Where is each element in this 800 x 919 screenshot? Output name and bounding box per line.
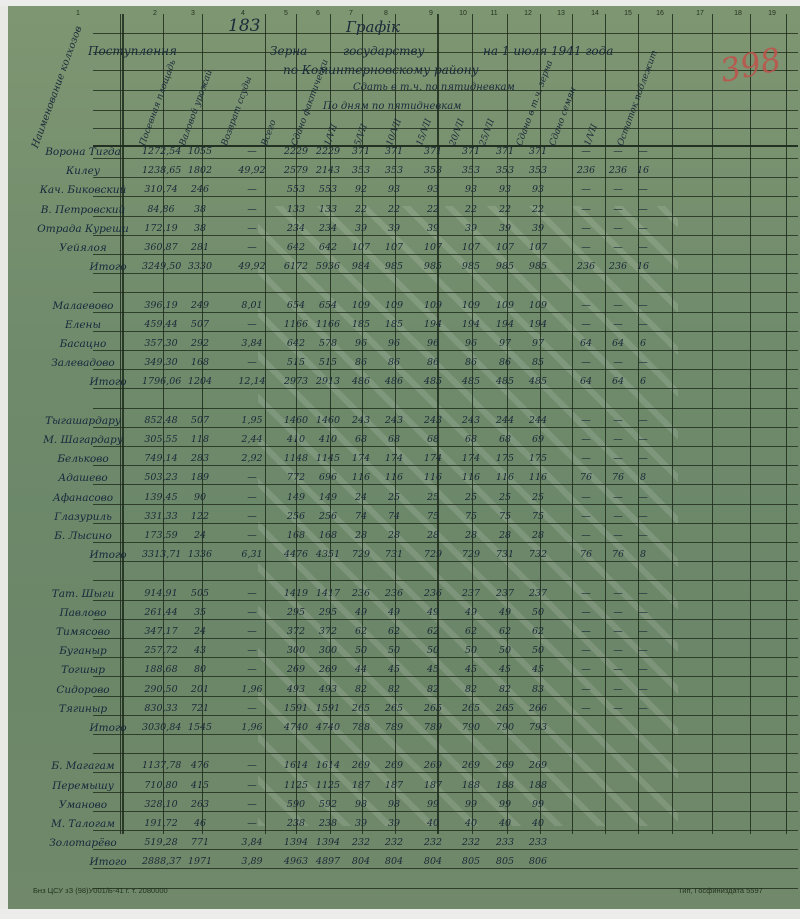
grid-horizontal-line xyxy=(93,772,798,773)
cell-c8: 187 xyxy=(378,780,410,791)
grid-horizontal-line xyxy=(93,600,798,601)
grid-horizontal-line xyxy=(93,331,798,332)
cell-c10: 109 xyxy=(454,300,488,311)
kolkhoz-name: Бельково xyxy=(23,453,143,465)
cell-c10: 805 xyxy=(454,856,488,867)
cell-c13: — xyxy=(570,626,602,637)
cell-c11: 97 xyxy=(488,338,522,349)
cell-c13: — xyxy=(570,588,602,599)
grid-horizontal-line xyxy=(93,734,798,735)
cell-c11: 25 xyxy=(488,492,522,503)
cell-c7: 116 xyxy=(345,472,377,483)
cell-c6: 515 xyxy=(312,357,344,368)
cell-c3: 46 xyxy=(182,818,218,829)
cell-c9: 187 xyxy=(414,780,452,791)
column-number: 5 xyxy=(279,10,293,17)
cell-c5: 295 xyxy=(280,607,312,618)
cell-c5: 2229 xyxy=(280,146,312,157)
kolkhoz-name: Тогшыр xyxy=(23,664,143,676)
cell-c12: 793 xyxy=(522,722,554,733)
cell-c6: 2143 xyxy=(312,165,344,176)
cell-c2: 349,30 xyxy=(142,357,180,368)
cell-c4: 3,84 xyxy=(232,837,272,848)
cell-c6: 1394 xyxy=(312,837,344,848)
cell-c15: — xyxy=(628,511,658,522)
cell-c10: 39 xyxy=(454,223,488,234)
cell-c10: 790 xyxy=(454,722,488,733)
header-col5: Всего xyxy=(260,119,279,148)
cell-c9: 789 xyxy=(414,722,452,733)
cell-c10: 45 xyxy=(454,664,488,675)
cell-c4: — xyxy=(232,780,272,791)
column-number: 16 xyxy=(653,10,667,17)
cell-c10: 50 xyxy=(454,645,488,656)
cell-c8: 232 xyxy=(378,837,410,848)
cell-c10: 75 xyxy=(454,511,488,522)
cell-c2: 188,68 xyxy=(142,664,180,675)
cell-c10: 82 xyxy=(454,684,488,695)
cell-c10: 49 xyxy=(454,607,488,618)
cell-c12: 69 xyxy=(522,434,554,445)
cell-c5: 256 xyxy=(280,511,312,522)
cell-c15: — xyxy=(628,626,658,637)
grid-vertical-line xyxy=(712,14,713,834)
cell-c11: 82 xyxy=(488,684,522,695)
cell-c10: 40 xyxy=(454,818,488,829)
cell-c11: 86 xyxy=(488,357,522,368)
header-col9: 10/VII xyxy=(385,118,404,148)
cell-c2: 328,10 xyxy=(142,799,180,810)
cell-c2: 852,48 xyxy=(142,415,180,426)
cell-c12: 45 xyxy=(522,664,554,675)
cell-c3: 281 xyxy=(182,242,218,253)
cell-c7: 82 xyxy=(345,684,377,695)
cell-c13: — xyxy=(570,453,602,464)
cell-c6: 1460 xyxy=(312,415,344,426)
cell-c12: 116 xyxy=(522,472,554,483)
column-number: 18 xyxy=(731,10,745,17)
cell-c3: 90 xyxy=(182,492,218,503)
cell-c5: 2579 xyxy=(280,165,312,176)
cell-c13: — xyxy=(570,319,602,330)
cell-c12: 25 xyxy=(522,492,554,503)
cell-c12: 233 xyxy=(522,837,554,848)
kolkhoz-name: Сидорово xyxy=(23,684,143,696)
grid-horizontal-line xyxy=(93,465,798,466)
header-subgroup-days: По дням по пятидневкам xyxy=(323,101,461,112)
cell-c5: 642 xyxy=(280,242,312,253)
cell-c6: 1145 xyxy=(312,453,344,464)
cell-c9: 39 xyxy=(414,223,452,234)
cell-c3: 507 xyxy=(182,415,218,426)
cell-c13: 236 xyxy=(570,261,602,272)
cell-c10: 68 xyxy=(454,434,488,445)
grid-horizontal-line xyxy=(93,715,798,716)
cell-c10: 28 xyxy=(454,530,488,541)
grid-horizontal-line xyxy=(93,696,798,697)
cell-c8: 371 xyxy=(378,146,410,157)
cell-c9: 194 xyxy=(414,319,452,330)
handwritten-page-number: 183 xyxy=(228,16,260,36)
cell-c13: — xyxy=(570,184,602,195)
cell-c9: 40 xyxy=(414,818,452,829)
grid-horizontal-line xyxy=(93,128,798,129)
cell-c4: — xyxy=(232,588,272,599)
cell-c11: 265 xyxy=(488,703,522,714)
cell-c3: 415 xyxy=(182,780,218,791)
cell-c4: — xyxy=(232,146,272,157)
cell-c13: — xyxy=(570,492,602,503)
cell-c6: 654 xyxy=(312,300,344,311)
cell-c9: 86 xyxy=(414,357,452,368)
cell-c3: 721 xyxy=(182,703,218,714)
cell-c11: 244 xyxy=(488,415,522,426)
cell-c10: 22 xyxy=(454,204,488,215)
cell-c7: 804 xyxy=(345,856,377,867)
cell-c7: 86 xyxy=(345,357,377,368)
ledger-sheet: 1 2 3 4 5 6 7 8 9 10 11 12 13 14 15 16 1… xyxy=(8,6,800,909)
grid-horizontal-line xyxy=(93,638,798,639)
cell-c6: 372 xyxy=(312,626,344,637)
grid-horizontal-line xyxy=(93,292,798,293)
cell-c2: 290,50 xyxy=(142,684,180,695)
cell-c7: 486 xyxy=(345,376,377,387)
column-number-row: 1 2 3 4 5 6 7 8 9 10 11 12 13 14 15 16 1… xyxy=(8,10,800,24)
grid-horizontal-line xyxy=(93,388,798,389)
cell-c6: 133 xyxy=(312,204,344,215)
cell-c4: 49,92 xyxy=(232,261,272,272)
header-col12: 25/VII xyxy=(478,118,497,148)
cell-c13: — xyxy=(570,703,602,714)
cell-c8: 93 xyxy=(378,184,410,195)
cell-c3: 1802 xyxy=(182,165,218,176)
cell-c2: 347,17 xyxy=(142,626,180,637)
grid-horizontal-line xyxy=(93,542,798,543)
cell-c9: 116 xyxy=(414,472,452,483)
cell-c6: 696 xyxy=(312,472,344,483)
grid-horizontal-line xyxy=(93,868,798,869)
kolkhoz-name: Малаевово xyxy=(23,300,143,312)
grid-horizontal-line xyxy=(93,369,798,370)
cell-c7: 74 xyxy=(345,511,377,522)
cell-c4: 6,31 xyxy=(232,549,272,560)
cell-c9: 243 xyxy=(414,415,452,426)
cell-c8: 185 xyxy=(378,319,410,330)
cell-c2: 519,28 xyxy=(142,837,180,848)
kolkhoz-name: В. Петровский xyxy=(23,204,143,216)
kolkhoz-name: Б. Лысино xyxy=(23,530,143,542)
cell-c13: — xyxy=(570,607,602,618)
cell-c11: 22 xyxy=(488,204,522,215)
grid-horizontal-line xyxy=(93,312,798,313)
cell-c12: 371 xyxy=(522,146,554,157)
grid-horizontal-line xyxy=(93,849,798,850)
cell-c15: — xyxy=(628,453,658,464)
cell-c5: 234 xyxy=(280,223,312,234)
column-number: 8 xyxy=(379,10,393,17)
kolkhoz-name: Тат. Шыги xyxy=(23,588,143,600)
cell-c12: 97 xyxy=(522,338,554,349)
grid-horizontal-line xyxy=(93,580,798,581)
cell-c12: 806 xyxy=(522,856,554,867)
cell-c9: 265 xyxy=(414,703,452,714)
cell-c4: 3,84 xyxy=(232,338,272,349)
cell-c6: 1417 xyxy=(312,588,344,599)
cell-c12: 266 xyxy=(522,703,554,714)
cell-c4: — xyxy=(232,184,272,195)
cell-c2: 503,23 xyxy=(142,472,180,483)
cell-c2: 310,74 xyxy=(142,184,180,195)
cell-c4: — xyxy=(232,204,272,215)
cell-c10: 243 xyxy=(454,415,488,426)
grid-horizontal-line xyxy=(93,830,798,831)
cell-c3: 122 xyxy=(182,511,218,522)
cell-c11: 237 xyxy=(488,588,522,599)
cell-c12: 75 xyxy=(522,511,554,522)
cell-c11: 985 xyxy=(488,261,522,272)
cell-c8: 50 xyxy=(378,645,410,656)
title-postuplenie: Поступлення xyxy=(88,44,177,58)
cell-c6: 642 xyxy=(312,242,344,253)
cell-c2: 84,86 xyxy=(142,204,180,215)
cell-c11: 269 xyxy=(488,760,522,771)
cell-c7: 62 xyxy=(345,626,377,637)
cell-c5: 642 xyxy=(280,338,312,349)
cell-c5: 553 xyxy=(280,184,312,195)
cell-c12: 353 xyxy=(522,165,554,176)
cell-c6: 1614 xyxy=(312,760,344,771)
cell-c3: 38 xyxy=(182,223,218,234)
cell-c6: 4740 xyxy=(312,722,344,733)
cell-c3: 35 xyxy=(182,607,218,618)
cell-c8: 49 xyxy=(378,607,410,618)
cell-c8: 353 xyxy=(378,165,410,176)
cell-c4: — xyxy=(232,645,272,656)
cell-c11: 353 xyxy=(488,165,522,176)
grid-horizontal-line xyxy=(93,811,798,812)
cell-c4: — xyxy=(232,472,272,483)
cell-c6: 4897 xyxy=(312,856,344,867)
header-group-sdat: Сдать в т.ч. по пятидневкам xyxy=(353,82,515,93)
cell-c9: 107 xyxy=(414,242,452,253)
cell-c2: 172,19 xyxy=(142,223,180,234)
cell-c7: 243 xyxy=(345,415,377,426)
cell-c7: 28 xyxy=(345,530,377,541)
cell-c3: 189 xyxy=(182,472,218,483)
grid-vertical-line xyxy=(672,14,673,834)
cell-c5: 772 xyxy=(280,472,312,483)
cell-c8: 265 xyxy=(378,703,410,714)
cell-c9: 49 xyxy=(414,607,452,618)
column-number: 15 xyxy=(621,10,635,17)
cell-c8: 789 xyxy=(378,722,410,733)
cell-c15: — xyxy=(628,645,658,656)
cell-c8: 109 xyxy=(378,300,410,311)
cell-c8: 985 xyxy=(378,261,410,272)
grid-horizontal-line xyxy=(93,177,798,178)
cell-c9: 236 xyxy=(414,588,452,599)
cell-c8: 731 xyxy=(378,549,410,560)
cell-c12: 39 xyxy=(522,223,554,234)
cell-c6: 149 xyxy=(312,492,344,503)
column-number: 9 xyxy=(424,10,438,17)
cell-c11: 68 xyxy=(488,434,522,445)
cell-c5: 133 xyxy=(280,204,312,215)
column-number: 19 xyxy=(765,10,779,17)
cell-c13: — xyxy=(570,511,602,522)
cell-c9: 93 xyxy=(414,184,452,195)
cell-c13: — xyxy=(570,223,602,234)
cell-c2: 139,45 xyxy=(142,492,180,503)
header-col8: 5/VII xyxy=(353,123,370,147)
cell-c10: 353 xyxy=(454,165,488,176)
grid-horizontal-line xyxy=(93,52,798,53)
cell-c2: 459,44 xyxy=(142,319,180,330)
cell-c5: 515 xyxy=(280,357,312,368)
cell-c8: 174 xyxy=(378,453,410,464)
cell-c11: 790 xyxy=(488,722,522,733)
cell-c2: 305,55 xyxy=(142,434,180,445)
grid-horizontal-line xyxy=(93,216,798,217)
cell-c2: 830,33 xyxy=(142,703,180,714)
cell-c13: — xyxy=(570,415,602,426)
cell-c8: 68 xyxy=(378,434,410,445)
cell-c9: 985 xyxy=(414,261,452,272)
cell-c2: 3030,84 xyxy=(142,722,180,733)
grid-horizontal-line xyxy=(93,427,798,428)
cell-c7: 185 xyxy=(345,319,377,330)
cell-c6: 553 xyxy=(312,184,344,195)
cell-c11: 50 xyxy=(488,645,522,656)
kolkhoz-name: Адашево xyxy=(23,472,143,484)
cell-c10: 99 xyxy=(454,799,488,810)
cell-c2: 357,30 xyxy=(142,338,180,349)
cell-c2: 1238,65 xyxy=(142,165,180,176)
cell-c15: — xyxy=(628,300,658,311)
cell-c10: 237 xyxy=(454,588,488,599)
cell-c7: 107 xyxy=(345,242,377,253)
cell-c11: 175 xyxy=(488,453,522,464)
cell-c5: 4740 xyxy=(280,722,312,733)
grid-horizontal-line xyxy=(93,484,798,485)
column-number: 7 xyxy=(344,10,358,17)
column-number: 2 xyxy=(148,10,162,17)
cell-c5: 1394 xyxy=(280,837,312,848)
cell-c3: 80 xyxy=(182,664,218,675)
cell-c4: 1,96 xyxy=(232,684,272,695)
header-col15: 1/VII xyxy=(583,123,600,147)
column-number: 12 xyxy=(521,10,535,17)
kolkhoz-name: Уейялоя xyxy=(23,242,143,254)
cell-c13: — xyxy=(570,357,602,368)
cell-c6: 1125 xyxy=(312,780,344,791)
cell-c4: 2,44 xyxy=(232,434,272,445)
cell-c4: — xyxy=(232,319,272,330)
cell-c13: 236 xyxy=(570,165,602,176)
cell-c2: 173,59 xyxy=(142,530,180,541)
cell-c2: 1796,06 xyxy=(142,376,180,387)
cell-c15: 16 xyxy=(628,165,658,176)
cell-c12: 62 xyxy=(522,626,554,637)
cell-c11: 45 xyxy=(488,664,522,675)
cell-c3: 43 xyxy=(182,645,218,656)
cell-c3: 476 xyxy=(182,760,218,771)
cell-c11: 109 xyxy=(488,300,522,311)
cell-c7: 92 xyxy=(345,184,377,195)
cell-c5: 269 xyxy=(280,664,312,675)
cell-c7: 39 xyxy=(345,223,377,234)
cell-c6: 2229 xyxy=(312,146,344,157)
cell-c8: 45 xyxy=(378,664,410,675)
cell-c12: 99 xyxy=(522,799,554,810)
cell-c7: 98 xyxy=(345,799,377,810)
cell-c5: 6172 xyxy=(280,261,312,272)
cell-c15: — xyxy=(628,607,658,618)
cell-c6: 5936 xyxy=(312,261,344,272)
cell-c7: 49 xyxy=(345,607,377,618)
footer-print-info: Бнз ЦСУ зЗ (98)У001/Б-41 г. т. 2080000 xyxy=(33,886,168,895)
cell-c10: 116 xyxy=(454,472,488,483)
cell-c3: 1971 xyxy=(182,856,218,867)
cell-c10: 25 xyxy=(454,492,488,503)
cell-c2: 261,44 xyxy=(142,607,180,618)
footer-typography: Тип, Госфиниздата 5597 xyxy=(678,886,763,895)
cell-c9: 804 xyxy=(414,856,452,867)
title-word-grafik: Графік xyxy=(346,18,400,36)
cell-c6: 592 xyxy=(312,799,344,810)
cell-c11: 62 xyxy=(488,626,522,637)
grid-vertical-line xyxy=(750,14,751,834)
cell-c3: 507 xyxy=(182,319,218,330)
grid-horizontal-line xyxy=(93,196,798,197)
cell-c5: 1125 xyxy=(280,780,312,791)
cell-c15: — xyxy=(628,684,658,695)
cell-c15: 6 xyxy=(628,338,658,349)
cell-c11: 93 xyxy=(488,184,522,195)
grid-horizontal-line xyxy=(93,273,798,274)
grid-horizontal-line xyxy=(93,235,798,236)
cell-c9: 50 xyxy=(414,645,452,656)
cell-c10: 93 xyxy=(454,184,488,195)
cell-c15: — xyxy=(628,357,658,368)
kolkhoz-name: Б. Магагам xyxy=(23,760,143,772)
cell-c8: 25 xyxy=(378,492,410,503)
cell-c10: 188 xyxy=(454,780,488,791)
cell-c5: 1148 xyxy=(280,453,312,464)
cell-c11: 39 xyxy=(488,223,522,234)
cell-c2: 1272,54 xyxy=(142,146,180,157)
cell-c12: 188 xyxy=(522,780,554,791)
grid-horizontal-line xyxy=(93,504,798,505)
cell-c2: 331,33 xyxy=(142,511,180,522)
cell-c9: 22 xyxy=(414,204,452,215)
kolkhoz-name: Перемышу xyxy=(23,780,143,792)
cell-c9: 82 xyxy=(414,684,452,695)
cell-c11: 107 xyxy=(488,242,522,253)
column-number: 14 xyxy=(588,10,602,17)
cell-c2: 1137,78 xyxy=(142,760,180,771)
cell-c3: 3330 xyxy=(182,261,218,272)
cell-c13: 76 xyxy=(570,549,602,560)
kolkhoz-name: Отрада Куреши xyxy=(23,223,143,235)
grid-horizontal-line xyxy=(93,350,798,351)
kolkhoz-name: Кач. Биковский xyxy=(23,184,143,196)
cell-c3: 1336 xyxy=(182,549,218,560)
cell-c7: 236 xyxy=(345,588,377,599)
cell-c3: 292 xyxy=(182,338,218,349)
cell-c12: 194 xyxy=(522,319,554,330)
cell-c4: — xyxy=(232,530,272,541)
